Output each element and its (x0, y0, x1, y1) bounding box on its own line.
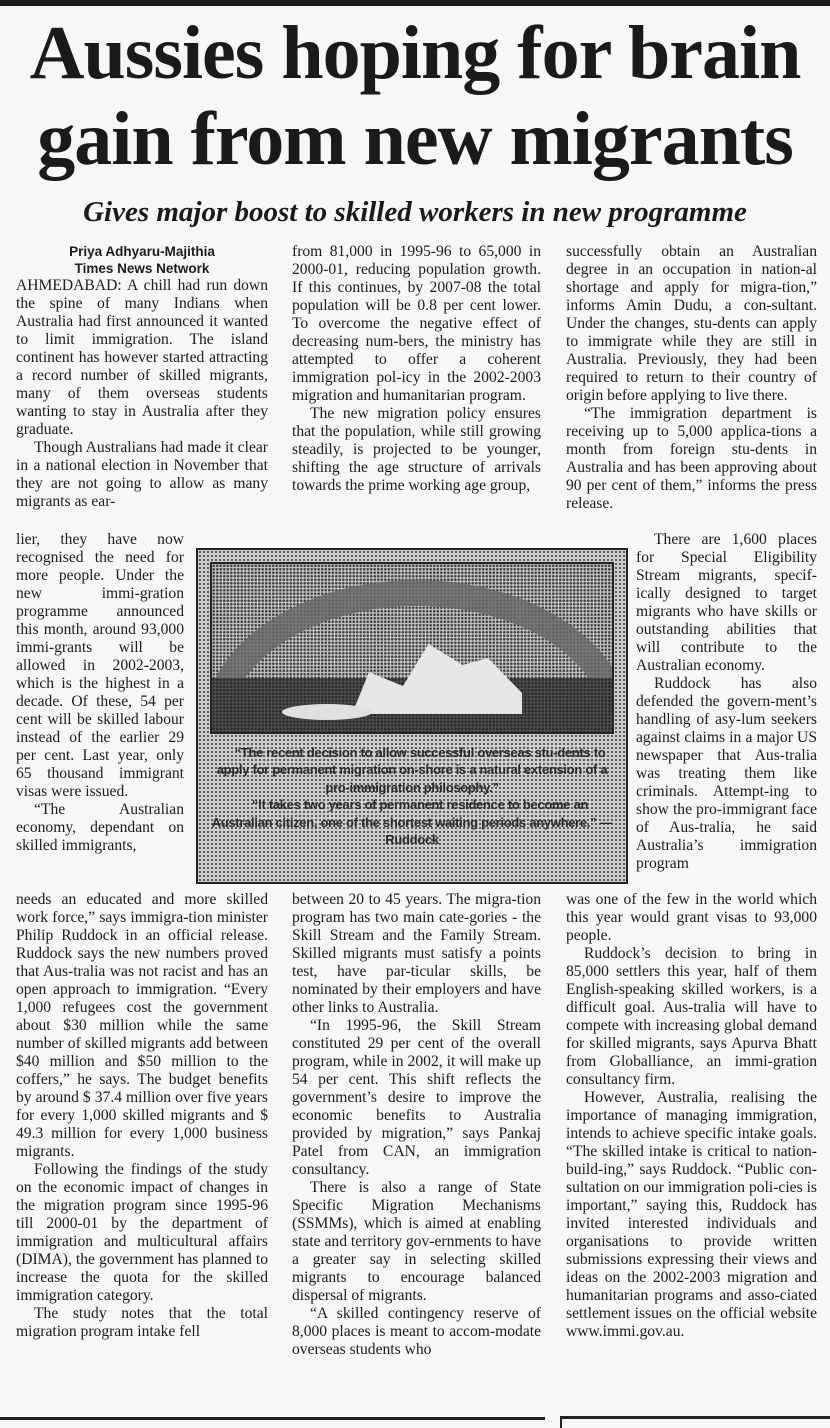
paragraph: from 81,000 in 1995-96 to 65,000 in 2000… (292, 243, 541, 405)
article-column-2-lower: between 20 to 45 years. The migra-tion p… (292, 891, 541, 1359)
headline-line-2: gain from new migrants (0, 96, 830, 182)
bottom-rule (0, 1417, 545, 1420)
article-column-2: from 81,000 in 1995-96 to 65,000 in 2000… (292, 243, 541, 495)
paragraph: Though Australians had made it clear in … (16, 439, 268, 511)
byline-agency: Times News Network (16, 260, 268, 277)
article-column-3: successfully obtain an Australian degree… (566, 243, 817, 513)
photo-box: “The recent decision to allow successful… (196, 548, 628, 884)
byline-author: Priya Adhyaru-Majithia (16, 243, 268, 260)
caption-quote-1: “The recent decision to allow successful… (208, 744, 616, 796)
article-column-3-wrap: There are 1,600 places for Special Eligi… (636, 531, 817, 873)
paragraph: lier, they have now recognised the need … (16, 531, 184, 801)
article-column-1-lower: needs an educated and more skilled work … (16, 891, 268, 1341)
article-column-1: Priya Adhyaru-Majithia Times News Networ… (16, 243, 268, 511)
sydney-harbour-photo (210, 562, 614, 734)
paragraph: However, Australia, realising the import… (566, 1089, 817, 1341)
paragraph: was one of the few in the world which th… (566, 891, 817, 945)
paragraph: Ruddock’s decision to bring in 85,000 se… (566, 945, 817, 1089)
paragraph: The study notes that the total migration… (16, 1305, 268, 1341)
paragraph: AHMEDABAD: A chill had run down the spin… (16, 277, 268, 439)
paragraph: The new migration policy ensures that th… (292, 405, 541, 495)
paragraph: successfully obtain an Australian degree… (566, 243, 817, 405)
article-column-1-wrap: lier, they have now recognised the need … (16, 531, 184, 855)
paragraph: There are 1,600 places for Special Eligi… (636, 531, 817, 675)
byline: Priya Adhyaru-Majithia Times News Networ… (16, 243, 268, 277)
paragraph: Following the findings of the study on t… (16, 1161, 268, 1305)
adjacent-article-border (560, 1416, 830, 1428)
paragraph: between 20 to 45 years. The migra-tion p… (292, 891, 541, 1017)
photo-caption: “The recent decision to allow successful… (208, 744, 616, 848)
paragraph: Ruddock has also defended the govern-men… (636, 675, 817, 873)
caption-quote-2: “It takes two years of permanent residen… (208, 796, 616, 848)
subheadline: Gives major boost to skilled workers in … (0, 192, 830, 232)
headline: Aussies hoping for brain gain from new m… (0, 10, 830, 182)
top-rule (0, 0, 830, 6)
paragraph: needs an educated and more skilled work … (16, 891, 268, 1161)
paragraph: There is also a range of State Specific … (292, 1179, 541, 1305)
article-column-3-lower: was one of the few in the world which th… (566, 891, 817, 1341)
paragraph: “In 1995-96, the Skill Stream constitute… (292, 1017, 541, 1179)
paragraph: “The Australian economy, dependant on sk… (16, 801, 184, 855)
ferry-boat (282, 704, 372, 720)
paragraph: “A skilled contingency reserve of 8,000 … (292, 1305, 541, 1359)
paragraph: “The immigration department is receiving… (566, 405, 817, 513)
headline-line-1: Aussies hoping for brain (0, 10, 830, 96)
